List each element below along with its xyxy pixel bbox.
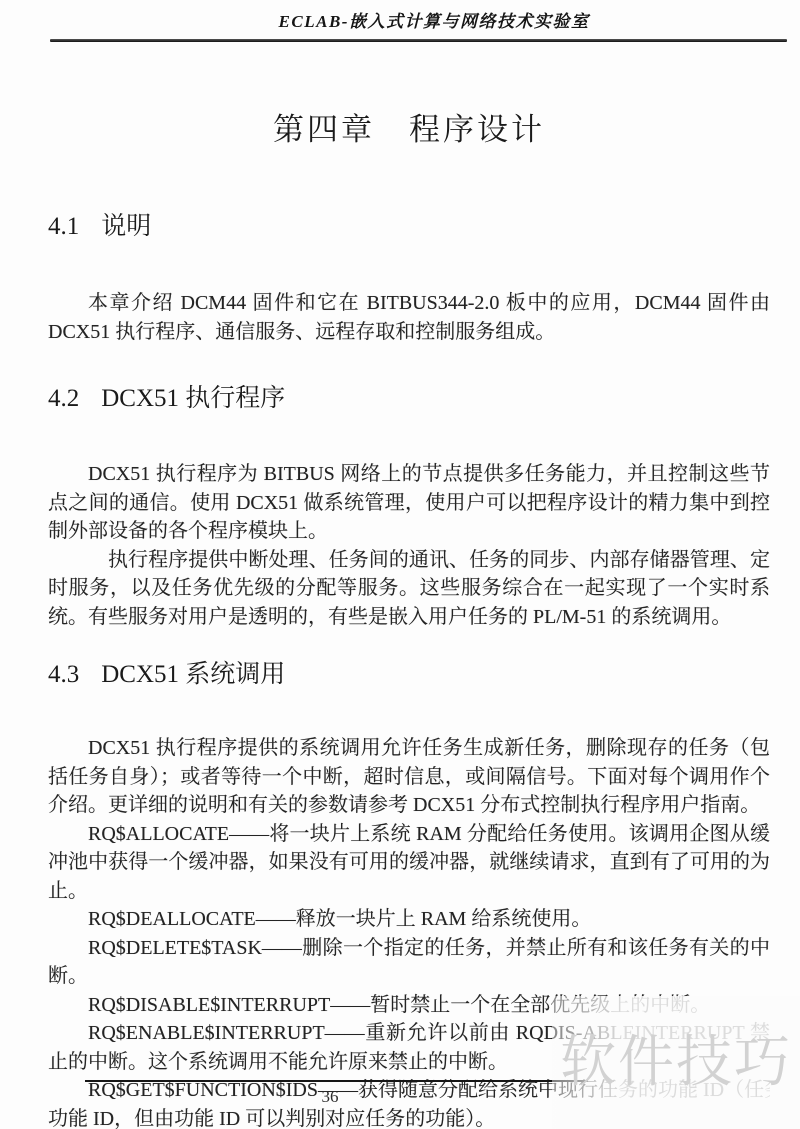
- paragraph: 本章介绍 DCM44 固件和它在 BITBUS344-2.0 板中的应用，DCM…: [48, 289, 770, 346]
- chapter-title: 第四章 程序设计: [48, 108, 770, 152]
- page-content: 第四章 程序设计 4.1说明 本章介绍 DCM44 固件和它在 BITBUS34…: [0, 108, 800, 1129]
- section-title: DCX51 系统调用: [101, 661, 285, 688]
- header-rule: [50, 39, 787, 42]
- document-page: ECLAB-嵌入式计算与网络技术实验室 第四章 程序设计 4.1说明 本章介绍 …: [0, 0, 800, 1129]
- section-number: 4.1: [48, 213, 79, 240]
- section-title: 说明: [101, 213, 151, 240]
- paragraph: 执行程序提供中断处理、任务间的通讯、任务的同步、内部存储器管理、定时服务，以及任…: [48, 546, 770, 632]
- watermark-overlay: 软件技巧: [552, 996, 800, 1129]
- paragraph-rq-delete-task: RQ$DELETE$TASK——删除一个指定的任务，并禁止所有和该任务有关的中断…: [48, 934, 770, 991]
- header-lab-title: ECLAB-嵌入式计算与网络技术实验室: [279, 7, 590, 32]
- paragraph: DCX51 执行程序提供的系统调用允许任务生成新任务，删除现存的任务（包括任务自…: [48, 734, 770, 820]
- footer-rule: [85, 1080, 588, 1082]
- section-title: DCX51 执行程序: [101, 385, 285, 412]
- section-number: 4.3: [48, 661, 79, 688]
- paragraph-rq-deallocate: RQ$DEALLOCATE——释放一块片上 RAM 给系统使用。: [48, 905, 770, 934]
- section-heading-4-3: 4.3DCX51 系统调用: [48, 658, 770, 692]
- section-heading-4-1: 4.1说明: [48, 210, 770, 244]
- page-header: ECLAB-嵌入式计算与网络技术实验室: [0, 0, 800, 42]
- paragraph: DCX51 执行程序为 BITBUS 网络上的节点提供多任务能力，并且控制这些节…: [48, 460, 770, 546]
- section-heading-4-2: 4.2DCX51 执行程序: [48, 382, 770, 416]
- watermark-text: 软件技巧: [560, 1018, 792, 1098]
- paragraph-rq-allocate: RQ$ALLOCATE——将一块片上系统 RAM 分配给任务使用。该调用企图从缓…: [48, 820, 770, 906]
- section-number: 4.2: [48, 385, 79, 412]
